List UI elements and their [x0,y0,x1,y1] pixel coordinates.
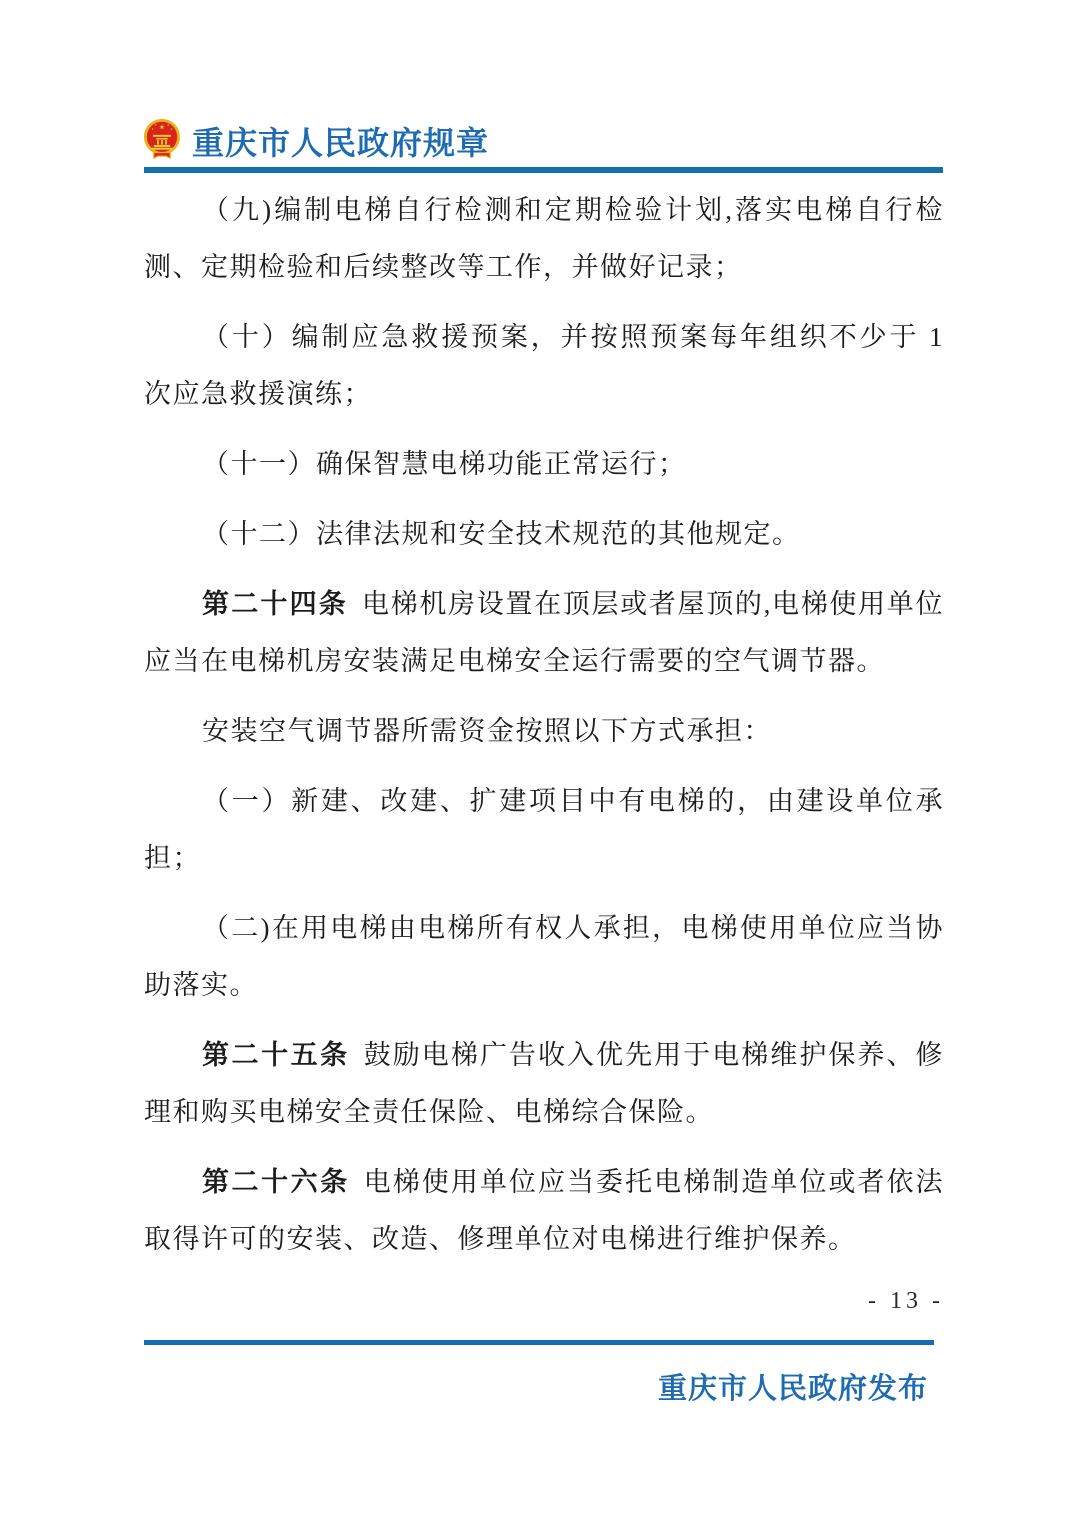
paragraph: 第二十五条鼓励电梯广告收入优先用于电梯维护保养、修理和购买电梯安全责任保险、电梯… [144,1027,944,1141]
article-number: 第二十六条 [202,1167,350,1197]
page-number: - 13 - [868,1288,944,1315]
paragraph: 安装空气调节器所需资金按照以下方式承担： [144,703,944,760]
page-header: 重庆市人民政府规章 [142,118,943,164]
header-divider-line [144,167,943,173]
document-category-title: 重庆市人民政府规章 [192,118,489,164]
publisher-label: 重庆市人民政府发布 [658,1366,928,1407]
national-emblem-icon [142,118,182,164]
document-page: 重庆市人民政府规章 （九)编制电梯自行检测和定期检验计划,落实电梯自行检测、定期… [0,0,1074,1520]
paragraph: （九)编制电梯自行检测和定期检验计划,落实电梯自行检测、定期检验和后续整改等工作… [144,182,944,296]
paragraph: （十）编制应急救援预案，并按照预案每年组织不少于 1 次应急救援演练； [144,309,944,423]
paragraph: （十二）法律法规和安全技术规范的其他规定。 [144,506,944,563]
article-number: 第二十四条 [202,589,348,619]
paragraph: 第二十四条电梯机房设置在顶层或者屋顶的,电梯使用单位应当在电梯机房安装满足电梯安… [144,576,944,690]
paragraph: （一）新建、改建、扩建项目中有电梯的，由建设单位承担； [144,773,944,887]
paragraph: （十一）确保智慧电梯功能正常运行； [144,436,944,493]
paragraph: （二)在用电梯由电梯所有权人承担，电梯使用单位应当协助落实。 [144,900,944,1014]
paragraph: 第二十六条电梯使用单位应当委托电梯制造单位或者依法取得许可的安装、改造、修理单位… [144,1154,944,1268]
footer-divider-line [144,1340,934,1345]
article-number: 第二十五条 [202,1040,350,1070]
document-body: （九)编制电梯自行检测和定期检验计划,落实电梯自行检测、定期检验和后续整改等工作… [144,182,944,1281]
